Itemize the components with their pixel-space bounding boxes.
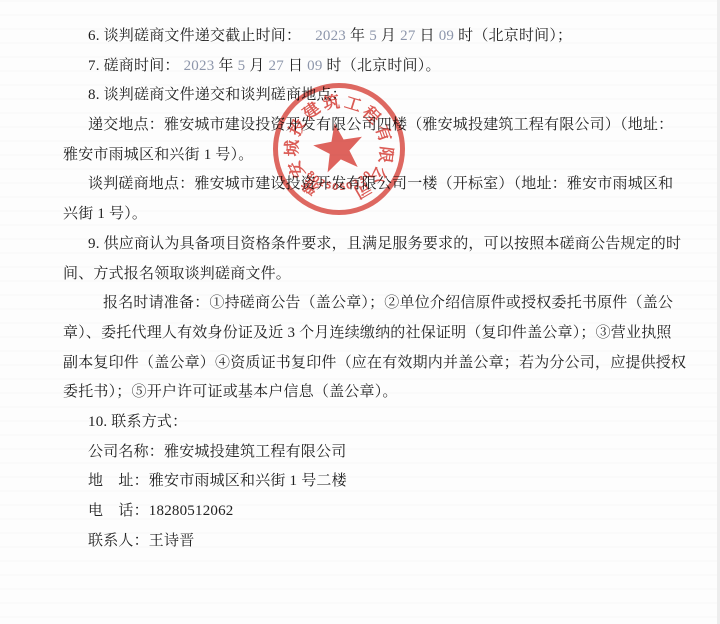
negotiation-tail: 时（北京时间）。 (327, 58, 441, 74)
deadline-hour-value: 09 (435, 28, 458, 44)
contact-phone-line: 电 话：18280512062 (63, 497, 663, 527)
registration-requirements-line-4: 委托书）；⑤开户许可证或基本户信息（盖公章）。 (63, 378, 663, 408)
deadline-day-value: 27 (396, 28, 419, 44)
negotiation-time-line: 7. 磋商时间：2023年5月27日09时（北京时间）。 (63, 52, 663, 82)
supplier-clause-line: 9. 供应商认为具备项目资格条件要求，且满足服务要求的，可以按照本磋商公告规定的… (63, 230, 663, 260)
deadline-line: 6. 谈判磋商文件递交截止时间：2023年5月27日09时（北京时间）； (63, 22, 663, 52)
contact-company-line: 公司名称：雅安城投建筑工程有限公司 (63, 438, 663, 468)
document-body: 6. 谈判磋商文件递交截止时间：2023年5月27日09时（北京时间）； 7. … (63, 22, 663, 556)
submission-location-line-cont: 雅安市雨城区和兴街 1 号）。 (63, 141, 663, 171)
negotiation-location-line: 谈判磋商地点：雅安城市建设投资开发有限公司一楼（开标室）（地址：雅安市雨城区和 (63, 170, 663, 200)
location-heading-line: 8. 谈判磋商文件递交和谈判磋商地点： (63, 81, 663, 111)
day-unit: 日 (288, 58, 303, 74)
deadline-tail: 时（北京时间）； (458, 28, 572, 44)
registration-requirements-line: 报名时请准备：①持磋商公告（盖公章）；②单位介绍信原件或授权委托书原件（盖公 (63, 289, 663, 319)
month-unit: 月 (381, 28, 396, 44)
negotiation-hour-value: 09 (303, 58, 326, 74)
contact-person-line: 联系人：王诗晋 (63, 527, 663, 557)
deadline-year-value: 2023 (301, 28, 350, 44)
contact-heading-line: 10. 联系方式： (63, 408, 663, 438)
negotiation-location-line-cont: 兴街 1 号）。 (63, 200, 663, 230)
negotiation-day-value: 27 (265, 58, 288, 74)
deadline-month-value: 5 (365, 28, 381, 44)
supplier-clause-line-cont: 间、方式报名领取谈判磋商文件。 (63, 260, 663, 290)
negotiation-time-label: 7. 磋商时间： (88, 58, 180, 74)
month-unit: 月 (249, 58, 264, 74)
registration-requirements-line-2: 章）、委托代理人有效身份证及近 3 个月连续缴纳的社保证明（复印件盖公章）；③营… (63, 319, 663, 349)
registration-requirements-line-3: 副本复印件（盖公章）④资质证书复印件（应在有效期内并盖公章；若为分公司，应提供授… (63, 349, 663, 379)
deadline-label: 6. 谈判磋商文件递交截止时间： (88, 28, 301, 44)
negotiation-year-value: 2023 (180, 58, 219, 74)
submission-location-line: 递交地点：雅安城市建设投资开发有限公司四楼（雅安城投建筑工程有限公司）（地址： (63, 111, 663, 141)
year-unit: 年 (218, 58, 233, 74)
day-unit: 日 (420, 28, 435, 44)
negotiation-month-value: 5 (234, 58, 250, 74)
contact-address-line: 地 址：雅安市雨城区和兴街 1 号二楼 (63, 467, 663, 497)
document-page: 6. 谈判磋商文件递交截止时间：2023年5月27日09时（北京时间）； 7. … (0, 0, 720, 624)
year-unit: 年 (350, 28, 365, 44)
